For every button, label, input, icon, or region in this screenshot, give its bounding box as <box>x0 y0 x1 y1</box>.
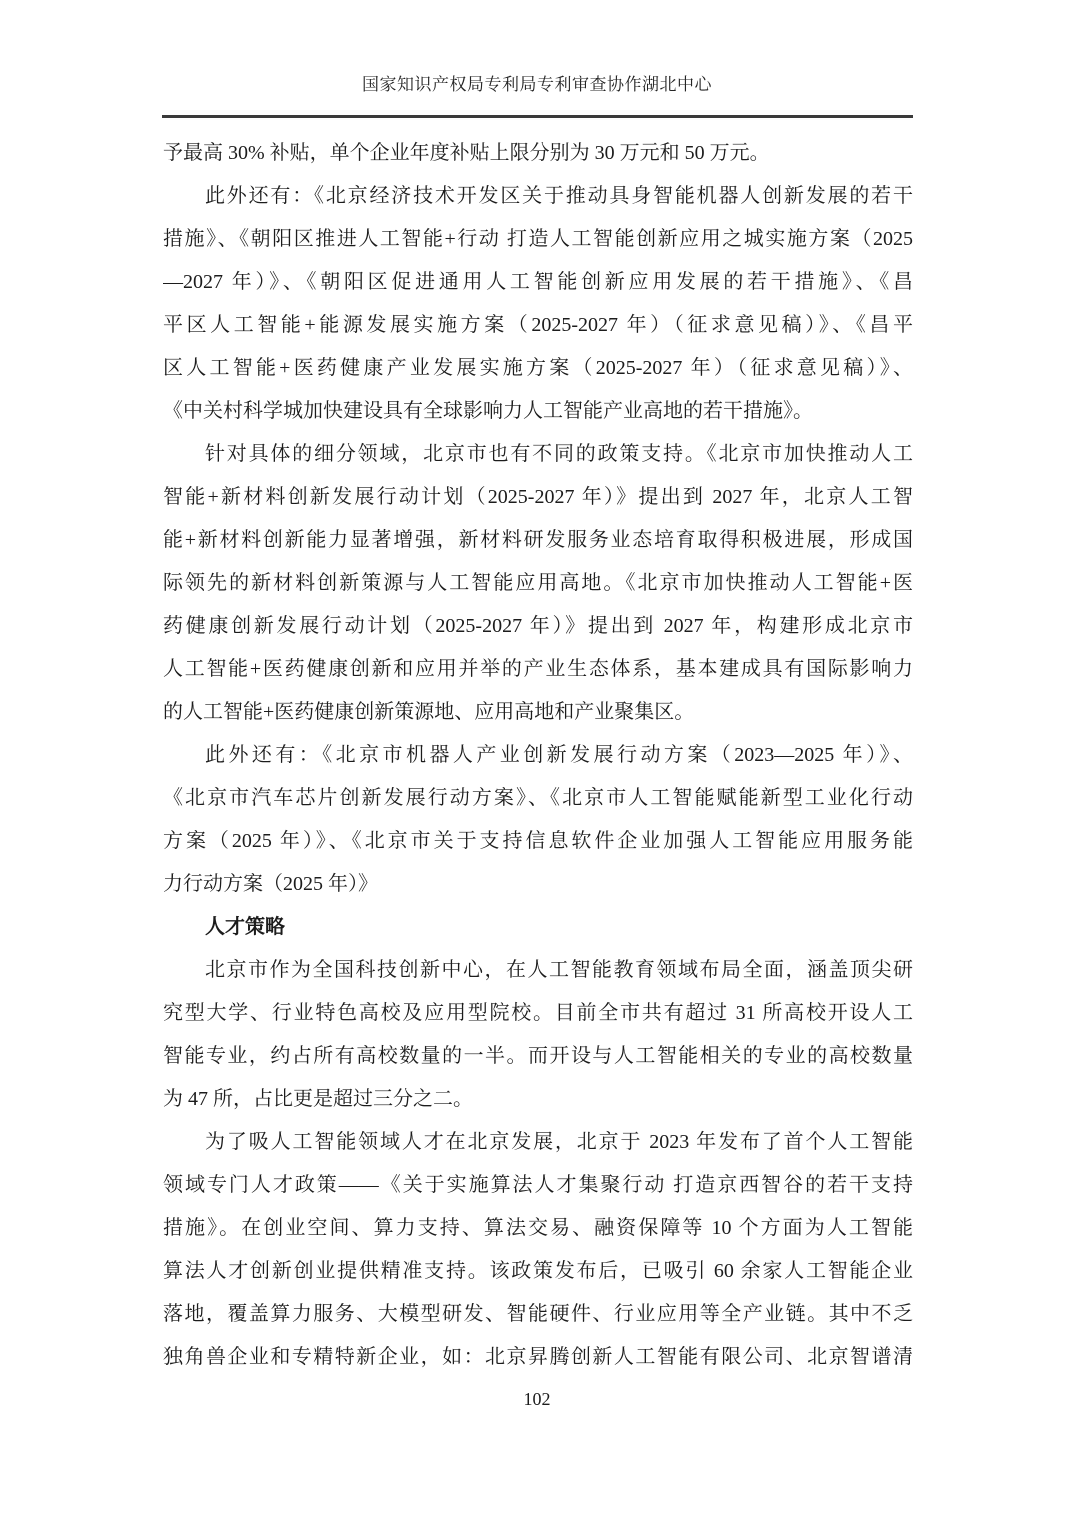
text-line: 的人工智能+医药健康创新策源地、应用高地和产业聚集区。 <box>163 691 913 734</box>
text-line: 予最高 30% 补贴，单个企业年度补贴上限分别为 30 万元和 50 万元。 <box>163 132 913 175</box>
text-line: —2027 年）》、《朝阳区促进通用人工智能创新应用发展的若干措施》、《昌 <box>163 261 913 304</box>
text-line: 北京市作为全国科技创新中心，在人工智能教育领域布局全面，涵盖顶尖研 <box>163 949 913 992</box>
document-body: 予最高 30% 补贴，单个企业年度补贴上限分别为 30 万元和 50 万元。此外… <box>163 132 913 1379</box>
text-line: 算法人才创新创业提供精准支持。该政策发布后，已吸引 60 余家人工智能企业 <box>163 1250 913 1293</box>
page-number: 102 <box>524 1389 551 1409</box>
text-line: 方案（2025 年）》、《北京市关于支持信息软件企业加强人工智能应用服务能 <box>163 820 913 863</box>
text-line: 领域专门人才政策——《关于实施算法人才集聚行动 打造京西智谷的若干支持 <box>163 1164 913 1207</box>
text-line: 独角兽企业和专精特新企业，如：北京昇腾创新人工智能有限公司、北京智谱清 <box>163 1336 913 1379</box>
text-line: 际领先的新材料创新策源与人工智能应用高地。《北京市加快推动人工智能+医 <box>163 562 913 605</box>
paragraph-talent-policy: 为了吸人工智能领域人才在北京发展，北京于 2023 年发布了首个人工智能领域专门… <box>163 1121 913 1379</box>
text-line: 落地，覆盖算力服务、大模型研发、智能硬件、行业应用等全产业链。其中不乏 <box>163 1293 913 1336</box>
paragraph-subsidy-continuation: 予最高 30% 补贴，单个企业年度补贴上限分别为 30 万元和 50 万元。 <box>163 132 913 175</box>
text-line: 《北京市汽车芯片创新发展行动方案》、《北京市人工智能赋能新型工业化行动 <box>163 777 913 820</box>
header-rule <box>162 115 913 118</box>
text-line: 药健康创新发展行动计划（2025-2027 年）》提出到 2027 年，构建形成… <box>163 605 913 648</box>
text-line: 为了吸人工智能领域人才在北京发展，北京于 2023 年发布了首个人工智能 <box>163 1121 913 1164</box>
page-header-title: 国家知识产权局专利局专利审查协作湖北中心 <box>0 74 1074 96</box>
paragraph-district-policies: 此外还有：《北京经济技术开发区关于推动具身智能机器人创新发展的若干措施》、《朝阳… <box>163 175 913 433</box>
text-line: 智能+新材料创新发展行动计划（2025-2027 年）》提出到 2027 年，北… <box>163 476 913 519</box>
text-line: 措施》。在创业空间、算力支持、算法交易、融资保障等 10 个方面为人工智能 <box>163 1207 913 1250</box>
page-footer: 102 <box>0 1387 1074 1411</box>
text-line: 力行动方案（2025 年）》 <box>163 863 913 906</box>
text-line: 区人工智能+医药健康产业发展实施方案（2025-2027 年）（征求意见稿）》、 <box>163 347 913 390</box>
paragraph-city-action-plans: 此外还有：《北京市机器人产业创新发展行动方案（2023—2025 年）》、《北京… <box>163 734 913 906</box>
text-line: 措施》、《朝阳区推进人工智能+行动 打造人工智能创新应用之城实施方案（2025 <box>163 218 913 261</box>
text-line: 此外还有：《北京市机器人产业创新发展行动方案（2023—2025 年）》、 <box>163 734 913 777</box>
text-line: 究型大学、行业特色高校及应用型院校。目前全市共有超过 31 所高校开设人工 <box>163 992 913 1035</box>
text-line: 为 47 所，占比更是超过三分之二。 <box>163 1078 913 1121</box>
heading-talent-strategy: 人才策略 <box>163 906 913 949</box>
paragraph-sector-policies: 针对具体的细分领域，北京市也有不同的政策支持。《北京市加快推动人工智能+新材料创… <box>163 433 913 734</box>
text-line: 能+新材料创新能力显著增强，新材料研发服务业态培育取得积极进展，形成国 <box>163 519 913 562</box>
text-line: 人工智能+医药健康创新和应用并举的产业生态体系，基本建成具有国际影响力 <box>163 648 913 691</box>
paragraph-education-layout: 北京市作为全国科技创新中心，在人工智能教育领域布局全面，涵盖顶尖研究型大学、行业… <box>163 949 913 1121</box>
heading-line: 人才策略 <box>163 906 913 949</box>
text-line: 智能专业，约占所有高校数量的一半。而开设与人工智能相关的专业的高校数量 <box>163 1035 913 1078</box>
text-line: 《中关村科学城加快建设具有全球影响力人工智能产业高地的若干措施》。 <box>163 390 913 433</box>
document-page: 国家知识产权局专利局专利审查协作湖北中心 予最高 30% 补贴，单个企业年度补贴… <box>0 0 1074 1520</box>
text-line: 此外还有：《北京经济技术开发区关于推动具身智能机器人创新发展的若干 <box>163 175 913 218</box>
text-line: 平区人工智能+能源发展实施方案（2025-2027 年）（征求意见稿）》、《昌平 <box>163 304 913 347</box>
text-line: 针对具体的细分领域，北京市也有不同的政策支持。《北京市加快推动人工 <box>163 433 913 476</box>
